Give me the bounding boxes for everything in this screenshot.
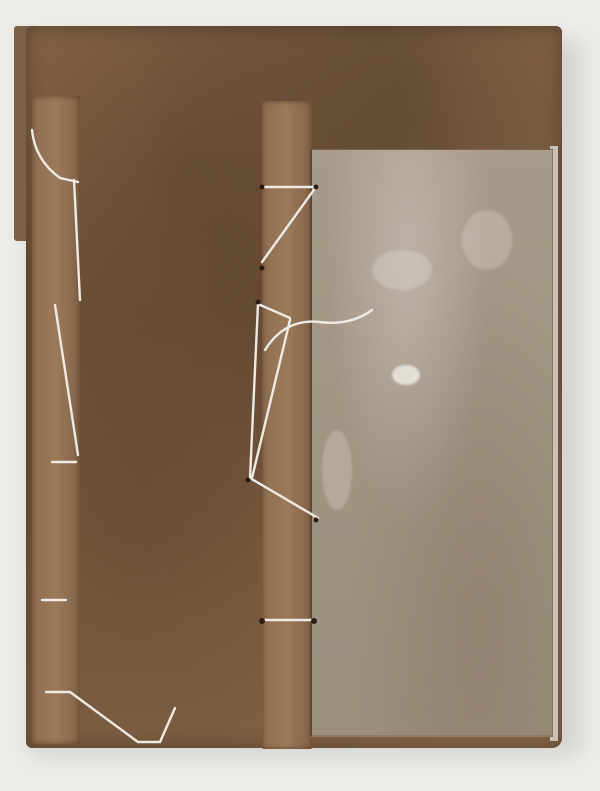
stitched-thread-binding <box>0 0 600 791</box>
photo-scene <box>0 0 600 791</box>
